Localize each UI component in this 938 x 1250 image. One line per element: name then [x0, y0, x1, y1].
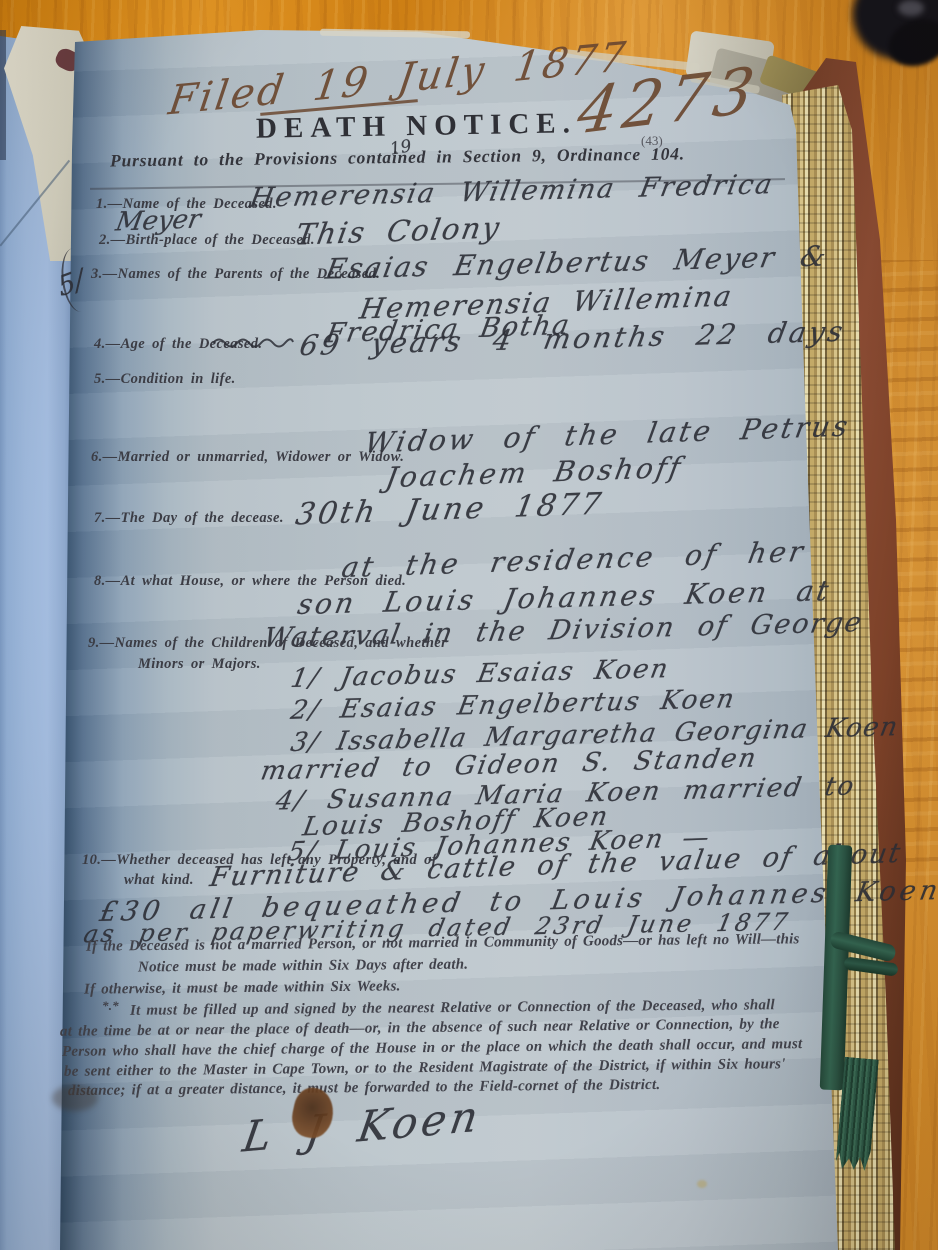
spine-shadow-sliver	[0, 30, 6, 160]
footnote-line-3: If otherwise, it must be made within Six…	[84, 978, 401, 998]
footnote-asterism: *.*	[102, 998, 119, 1014]
field-9-label-line-2: Minors or Majors.	[138, 656, 261, 673]
field-9-label: 9.—Names of the Children of Deceased, an…	[88, 635, 447, 652]
field-5-label: 5.—Condition in life.	[94, 371, 236, 388]
foxing-spot	[697, 1180, 707, 1188]
photograph-of-death-notice: Filed 19 July 1877 4273 (43) DEATH NOTIC…	[0, 0, 938, 1250]
smudge-stain	[52, 1085, 98, 1111]
field-10-label-line-2: what kind.	[124, 872, 194, 889]
page-title: DEATH NOTICE.	[256, 107, 577, 146]
field-2-label: 2.—Birth-place of the Deceased.	[99, 232, 315, 249]
pen-squiggle	[212, 334, 294, 348]
field-7-label: 7.—The Day of the decease.	[94, 510, 284, 527]
footnote-line-2: Notice must be made within Six Days afte…	[138, 957, 468, 977]
field-6-label: 6.—Married or unmarried, Widower or Wido…	[91, 449, 404, 466]
dark-object-highlight	[898, 0, 924, 16]
